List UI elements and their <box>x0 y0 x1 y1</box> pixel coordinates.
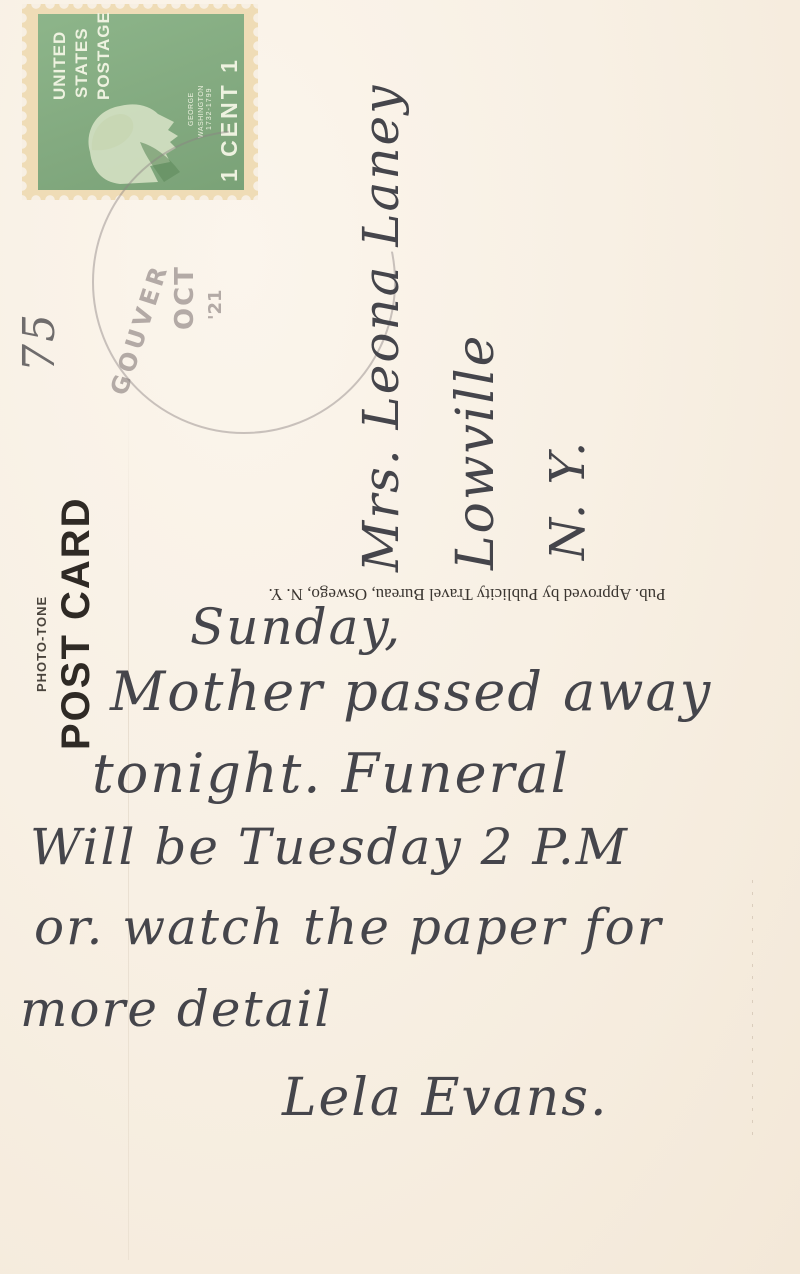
postmark-year: '21 <box>205 289 226 320</box>
stamp-text-united: UNITED <box>50 31 70 100</box>
postmark-date: OCT <box>170 265 200 330</box>
message-line: Sunday, <box>190 598 402 656</box>
post-card-title: POST CARD <box>54 496 99 750</box>
address-town: Lowville <box>446 334 506 570</box>
message-line: tonight. Funeral <box>92 742 570 805</box>
brand-label: PHOTO-TONE <box>34 596 49 692</box>
message-line: Mother passed away <box>110 660 712 723</box>
address-state: N. Y. <box>540 440 596 560</box>
message-line: Will be Tuesday 2 P.M <box>30 818 629 876</box>
stamp-text-postage: POSTAGE <box>94 11 114 100</box>
pencil-note: 75 <box>14 312 65 372</box>
message-line: more detail <box>20 980 332 1038</box>
message-line: or. watch the paper for <box>34 898 663 956</box>
stamp-text-states: STATES <box>72 27 92 98</box>
card-crease-right <box>752 880 753 1140</box>
signature: Lela Evans. <box>282 1068 609 1128</box>
address-name: Mrs. Leona Laney <box>352 84 410 572</box>
postcard-back: UNITED STATES POSTAGE GEORGE WASHINGTON … <box>0 0 800 1274</box>
